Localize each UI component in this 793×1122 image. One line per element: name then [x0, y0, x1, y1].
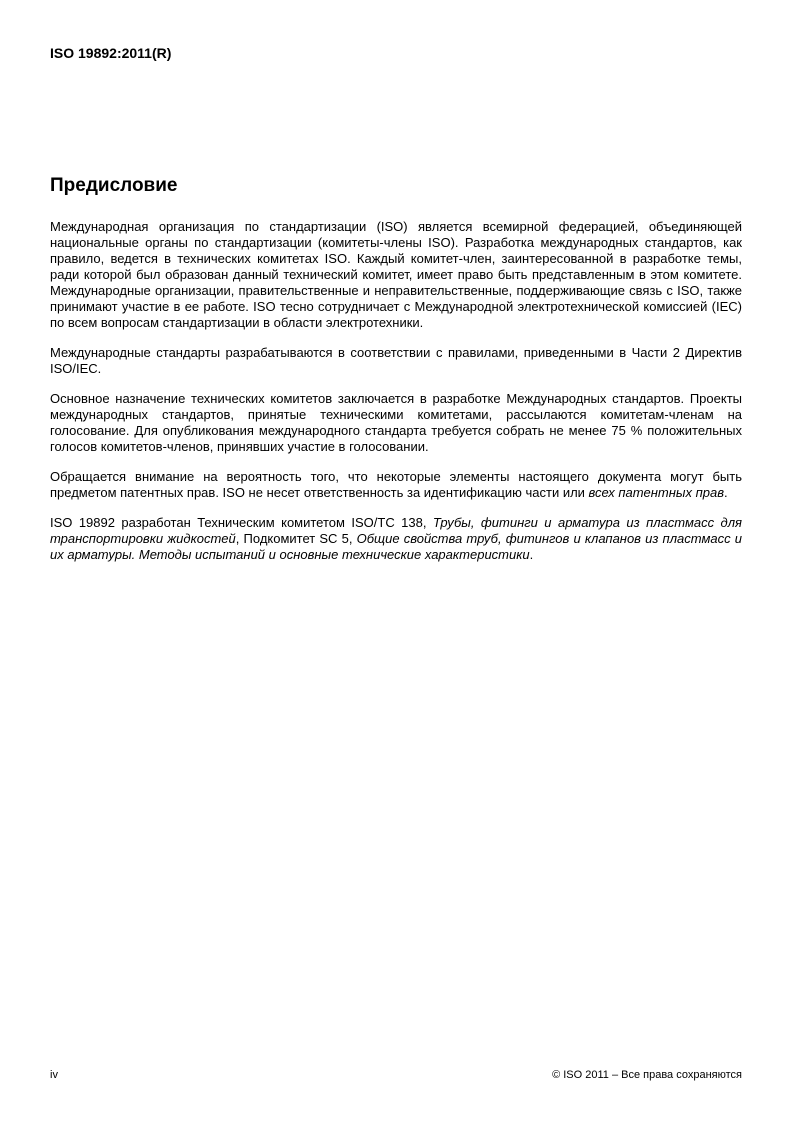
text-run: ISO 19892 разработан Техническим комитет… — [50, 515, 433, 530]
text-run: всех патентных прав — [589, 485, 724, 500]
paragraph: Обращается внимание на вероятность того,… — [50, 469, 742, 501]
text-run: Международные стандарты разрабатываются … — [50, 345, 742, 376]
copyright-notice: © ISO 2011 – Все права сохраняются — [552, 1069, 742, 1082]
paragraph: ISO 19892 разработан Техническим комитет… — [50, 515, 742, 563]
document-header: ISO 19892:2011(R) — [50, 45, 742, 61]
paragraph: Международная организация по стандартиза… — [50, 219, 742, 331]
text-run: . — [530, 547, 534, 562]
page-footer: iv © ISO 2011 – Все права сохраняются — [50, 1069, 742, 1082]
paragraph: Международные стандарты разрабатываются … — [50, 345, 742, 377]
paragraph: Основное назначение технических комитето… — [50, 391, 742, 455]
text-run: Основное назначение технических комитето… — [50, 391, 742, 454]
page-content: ISO 19892:2011(R) Предисловие Международ… — [50, 0, 742, 577]
document-page: ISO 19892:2011(R) Предисловие Международ… — [0, 0, 793, 1122]
text-run: . — [724, 485, 728, 500]
text-run: , Подкомитет SC 5, — [236, 531, 357, 546]
text-run: Международная организация по стандартиза… — [50, 219, 742, 330]
page-title: Предисловие — [50, 174, 742, 197]
foreword-paragraphs: Международная организация по стандартиза… — [50, 219, 742, 563]
page-number: iv — [50, 1069, 58, 1082]
